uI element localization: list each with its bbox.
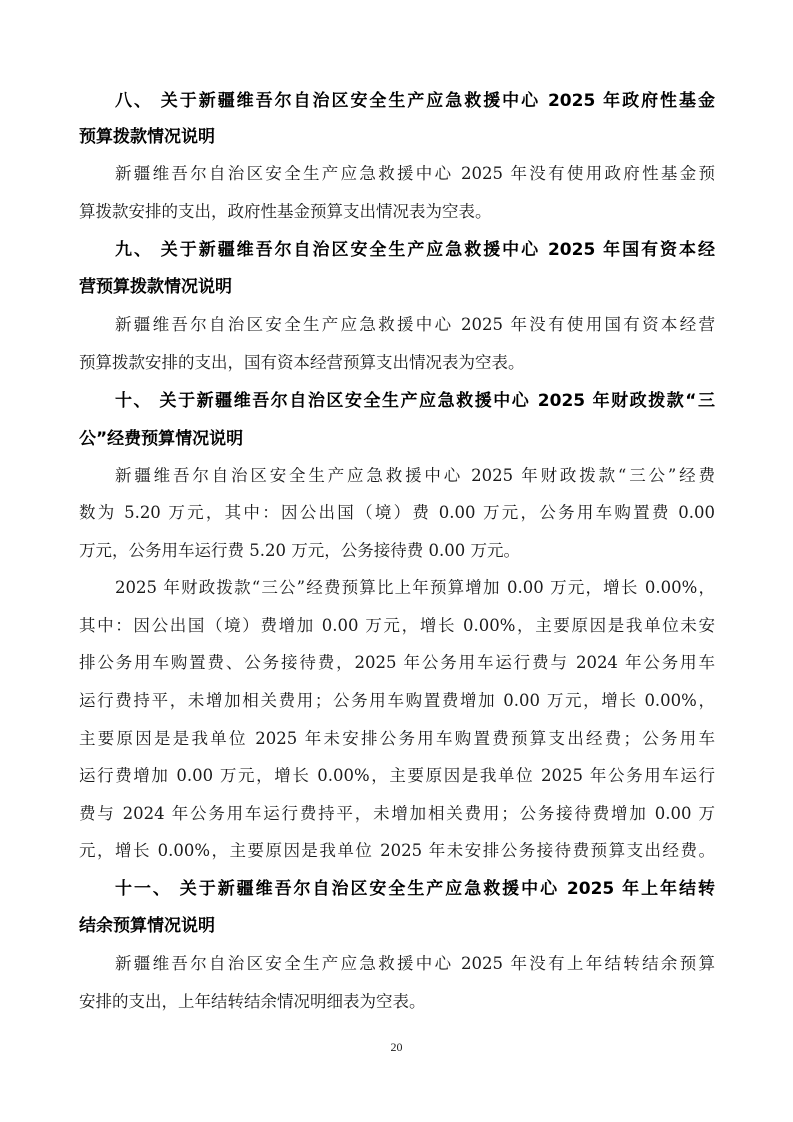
paragraph-line: 其中：因公出国（境）费增加 0.00 万元，增长 0.00%，主要原因是我单位未… xyxy=(79,613,715,639)
section-heading: 十一、 关于新疆维吾尔自治区安全生产应急救援中心 2025 年上年结转 xyxy=(115,876,715,902)
section-heading: 十、 关于新疆维吾尔自治区安全生产应急救援中心 2025 年财政拨款“三 xyxy=(115,388,715,414)
paragraph-line: 排公务用车购置费、公务接待费，2025 年公务用车运行费与 2024 年公务用车 xyxy=(79,650,715,676)
paragraph-line: 新疆维吾尔自治区安全生产应急救援中心 2025 年没有使用政府性基金预 xyxy=(115,161,715,187)
section-heading: 公”经费预算情况说明 xyxy=(79,426,715,452)
paragraph-line: 运行费持平，未增加相关费用；公务用车购置费增加 0.00 万元，增长 0.00%… xyxy=(79,688,715,714)
section-heading: 营预算拨款情况说明 xyxy=(79,274,715,300)
paragraph-line: 元，增长 0.00%，主要原因是我单位 2025 年未安排公务接待费预算支出经费… xyxy=(79,838,715,864)
paragraph-line: 新疆维吾尔自治区安全生产应急救援中心 2025 年财政拨款“三公”经费 xyxy=(115,463,715,489)
section-heading: 预算拨款情况说明 xyxy=(79,124,715,150)
section-heading: 九、 关于新疆维吾尔自治区安全生产应急救援中心 2025 年国有资本经 xyxy=(115,237,715,263)
paragraph-line: 数为 5.20 万元，其中：因公出国（境）费 0.00 万元，公务用车购置费 0… xyxy=(79,500,715,526)
document-page: 八、 关于新疆维吾尔自治区安全生产应急救援中心 2025 年政府性基金 预算拨款… xyxy=(0,0,793,1122)
section-heading: 八、 关于新疆维吾尔自治区安全生产应急救援中心 2025 年政府性基金 xyxy=(115,88,715,114)
paragraph-line: 算拨款安排的支出，政府性基金预算支出情况表为空表。 xyxy=(79,199,715,225)
paragraph-line: 费与 2024 年公务用车运行费持平，未增加相关费用；公务接待费增加 0.00 … xyxy=(79,801,715,827)
paragraph-line: 2025 年财政拨款“三公”经费预算比上年预算增加 0.00 万元，增长 0.0… xyxy=(115,575,715,601)
paragraph-line: 安排的支出，上年结转结余情况明细表为空表。 xyxy=(79,989,715,1015)
paragraph-line: 新疆维吾尔自治区安全生产应急救援中心 2025 年没有上年结转结余预算 xyxy=(115,951,715,977)
paragraph-line: 预算拨款安排的支出，国有资本经营预算支出情况表为空表。 xyxy=(79,350,715,376)
paragraph-line: 主要原因是是我单位 2025 年未安排公务用车购置费预算支出经费；公务用车 xyxy=(79,726,715,752)
paragraph-line: 万元，公务用车运行费 5.20 万元，公务接待费 0.00 万元。 xyxy=(79,538,715,564)
paragraph-line: 新疆维吾尔自治区安全生产应急救援中心 2025 年没有使用国有资本经营 xyxy=(115,312,715,338)
section-heading: 结余预算情况说明 xyxy=(79,913,715,939)
page-number: 20 xyxy=(0,1040,793,1055)
paragraph-line: 运行费增加 0.00 万元，增长 0.00%，主要原因是我单位 2025 年公务… xyxy=(79,763,715,789)
